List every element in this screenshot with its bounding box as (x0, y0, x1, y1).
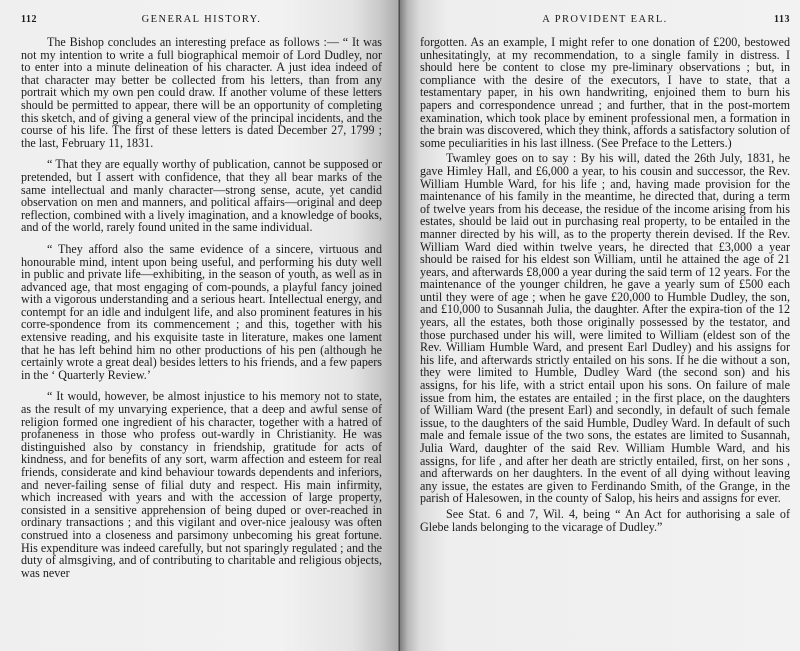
left-running-title: GENERAL HISTORY. (61, 14, 342, 25)
left-paragraph-religion: “ It would, however, be almost injustice… (21, 390, 382, 579)
right-page-number: 113 (750, 14, 790, 25)
right-paragraph-will: Twamley goes on to say : By his will, da… (420, 152, 790, 505)
right-running-title: A PROVIDENT EARL. (460, 14, 750, 25)
right-paragraph-statute-note: See Stat. 6 and 7, Wil. 4, being “ An Ac… (420, 508, 790, 533)
right-page: A PROVIDENT EARL. 113 forgotten. As an e… (400, 0, 800, 651)
left-page: 112 GENERAL HISTORY. The Bishop conclude… (0, 0, 400, 651)
left-paragraph-character: “ They afford also the same evidence of … (21, 243, 382, 382)
right-running-head: A PROVIDENT EARL. 113 (420, 14, 790, 32)
left-running-head: 112 GENERAL HISTORY. (21, 14, 382, 32)
left-paragraph-publication: “ That they are equally worthy of public… (21, 158, 382, 234)
left-paragraph-preface: The Bishop concludes an interesting pref… (21, 36, 382, 149)
left-page-number: 112 (21, 14, 61, 25)
book-spread: 112 GENERAL HISTORY. The Bishop conclude… (0, 0, 800, 651)
right-paragraph-continuation: forgotten. As an example, I might refer … (420, 36, 790, 149)
